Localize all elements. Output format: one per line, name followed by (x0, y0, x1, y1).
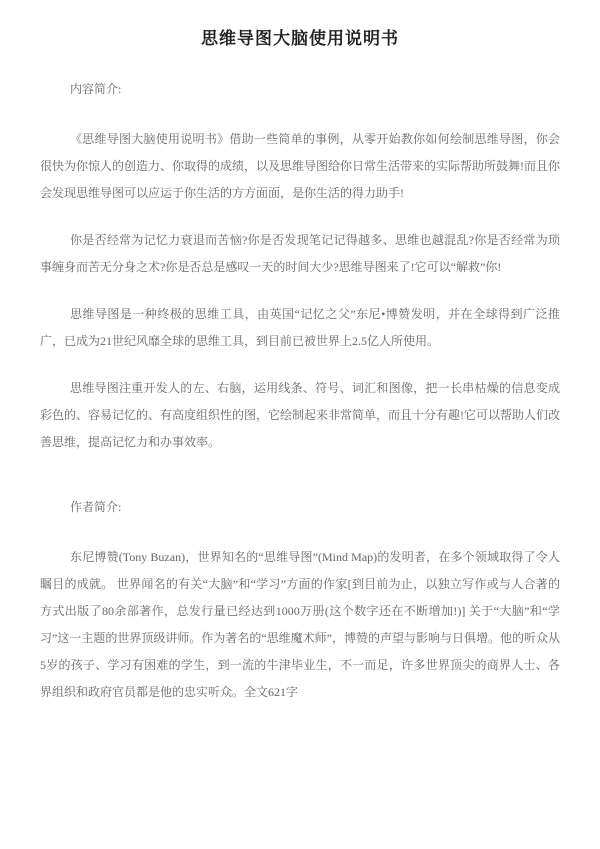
section-label-author-intro: 作者简介: (40, 494, 560, 521)
paragraph-content-intro-4: 思维导图注重开发人的左、右脑，运用线条、符号、词汇和图像，把一长串枯燥的信息变成… (40, 375, 560, 456)
section-label-content-intro: 内容简介: (40, 76, 560, 103)
paragraph-content-intro-2: 你是否经常为记忆力衰退而苦恼?你是否发现笔记记得越多、思维也越混乱?你是否经常为… (40, 227, 560, 281)
document-page: 思维导图大脑使用说明书 内容简介: 《思维导图大脑使用说明书》借助一些简单的事例… (0, 0, 600, 849)
paragraph-content-intro-3: 思维导图是一种终极的思维工具，由英国“记忆之父”东尼•博赞发明，并在全球得到广泛… (40, 301, 560, 355)
paragraph-content-intro-1: 《思维导图大脑使用说明书》借助一些简单的事例，从零开始教你如何绘制思维导图，你会… (40, 126, 560, 207)
document-title: 思维导图大脑使用说明书 (40, 28, 560, 50)
paragraph-author-intro-1: 东尼博赞(Tony Buzan)，世界知名的“思维导图”(Mind Map)的发… (40, 544, 560, 706)
